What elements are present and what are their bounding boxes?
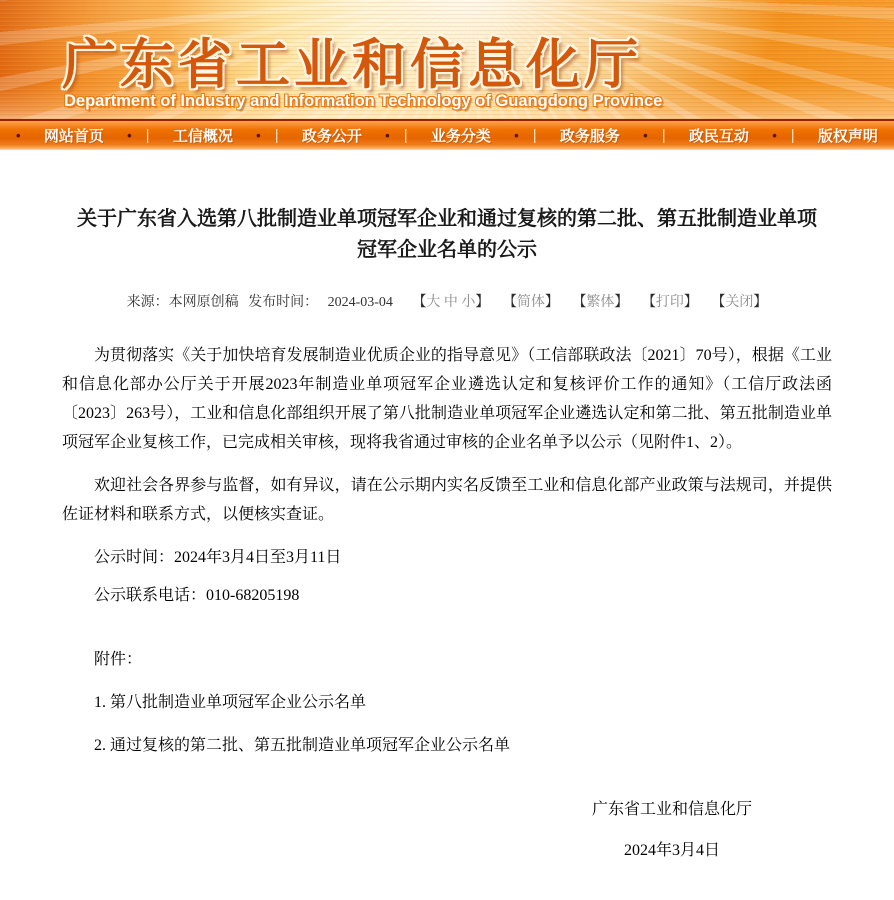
nav-bullet-icon: •	[127, 128, 132, 143]
article-paragraph-1: 为贯彻落实《关于加快培育发展制造业优质企业的指导意见》（工信部联政法〔2021〕…	[62, 341, 832, 457]
nav-pipe-icon: |	[146, 127, 150, 144]
tool-print[interactable]: 【打印】	[642, 295, 698, 310]
article-body: 为贯彻落实《关于加快培育发展制造业优质企业的指导意见》（工信部联政法〔2021〕…	[62, 341, 832, 760]
nav-separator: •|	[127, 127, 149, 144]
nav-pipe-icon: |	[791, 127, 795, 144]
nav-bullet-icon: •	[385, 128, 390, 143]
article-meta: 来源：本网原创稿 发布时间： 2024-03-04 【大 中 小】 【简体】 【…	[62, 291, 832, 311]
article-signature: 广东省工业和信息化厅 2024年3月4日	[562, 796, 782, 860]
nav-separator: •|	[643, 127, 665, 144]
bracket-open: 【	[412, 295, 426, 310]
attachment-item-1[interactable]: 1. 第八批制造业单项冠军企业公示名单	[62, 688, 832, 717]
signature-department: 广东省工业和信息化厅	[562, 796, 782, 819]
tool-close-label[interactable]: 关闭	[725, 295, 753, 310]
tool-font-size[interactable]: 【大 中 小】	[412, 295, 489, 310]
nav-item-overview[interactable]: 工信概况	[173, 125, 233, 146]
nav-item-gov-affairs[interactable]: 政务公开	[302, 125, 362, 146]
bracket-close: 】	[684, 295, 698, 310]
article-paragraph-2: 欢迎社会各界参与监督，如有异议，请在公示期内实名反馈至工业和信息化部产业政策与法…	[62, 471, 832, 529]
nav-separator: •|	[385, 127, 407, 144]
nav-pipe-icon: |	[533, 127, 537, 144]
bracket-close: 】	[545, 295, 559, 310]
attachment-item-2[interactable]: 2. 通过复核的第二批、第五批制造业单项冠军企业公示名单	[62, 731, 832, 760]
tool-font-size-label[interactable]: 大 中 小	[426, 295, 475, 310]
tool-simplified-label[interactable]: 简体	[517, 295, 545, 310]
nav-item-copyright[interactable]: 版权声明	[818, 125, 878, 146]
main-nav: • 网站首页 •| 工信概况 •| 政务公开 •| 业务分类 •| 政务服务 •…	[0, 121, 894, 150]
bracket-close: 】	[614, 295, 628, 310]
article-title: 关于广东省入选第八批制造业单项冠军企业和通过复核的第二批、第五批制造业单项冠军企…	[72, 204, 822, 266]
nav-bullet-icon: •	[643, 128, 648, 143]
spacer	[62, 619, 832, 645]
bracket-open: 【	[711, 295, 725, 310]
bracket-close: 】	[475, 295, 489, 310]
site-title-en: Department of Industry and Information T…	[64, 92, 662, 111]
bracket-open: 【	[572, 295, 586, 310]
nav-pipe-icon: |	[275, 127, 279, 144]
site-banner: 广东省工业和信息化厅 Department of Industry and In…	[0, 0, 894, 121]
tool-close[interactable]: 【关闭】	[711, 295, 767, 310]
bracket-close: 】	[753, 295, 767, 310]
nav-item-business[interactable]: 业务分类	[431, 125, 491, 146]
nav-item-interaction[interactable]: 政民互动	[689, 125, 749, 146]
meta-pubtime-label: 发布时间：	[248, 295, 318, 310]
site-title-cn: 广东省工业和信息化厅	[62, 22, 642, 99]
bracket-open: 【	[642, 295, 656, 310]
nav-bullet-icon: •	[514, 128, 519, 143]
article-content: 关于广东省入选第八批制造业单项冠军企业和通过复核的第二批、第五批制造业单项冠军企…	[0, 150, 894, 900]
nav-bullet-icon: •	[772, 128, 777, 143]
nav-pipe-icon: |	[404, 127, 408, 144]
nav-separator: •|	[772, 127, 794, 144]
nav-item-services[interactable]: 政务服务	[560, 125, 620, 146]
meta-source: 来源：本网原创稿	[127, 295, 239, 310]
tool-simplified[interactable]: 【简体】	[503, 295, 559, 310]
attachments-label: 附件：	[62, 645, 832, 674]
nav-bullet-icon: •	[16, 128, 21, 143]
nav-bullet-icon: •	[256, 128, 261, 143]
notice-phone: 公示联系电话：010-68205198	[62, 581, 832, 610]
nav-separator: •|	[256, 127, 278, 144]
tool-traditional[interactable]: 【繁体】	[572, 295, 628, 310]
nav-separator: •|	[514, 127, 536, 144]
bracket-open: 【	[503, 295, 517, 310]
tool-traditional-label[interactable]: 繁体	[586, 295, 614, 310]
meta-pubdate: 2024-03-04	[328, 295, 393, 310]
nav-pipe-icon: |	[662, 127, 666, 144]
notice-time: 公示时间：2024年3月4日至3月11日	[62, 543, 832, 572]
nav-item-home[interactable]: 网站首页	[44, 125, 104, 146]
tool-print-label[interactable]: 打印	[656, 295, 684, 310]
signature-date: 2024年3月4日	[562, 837, 782, 860]
